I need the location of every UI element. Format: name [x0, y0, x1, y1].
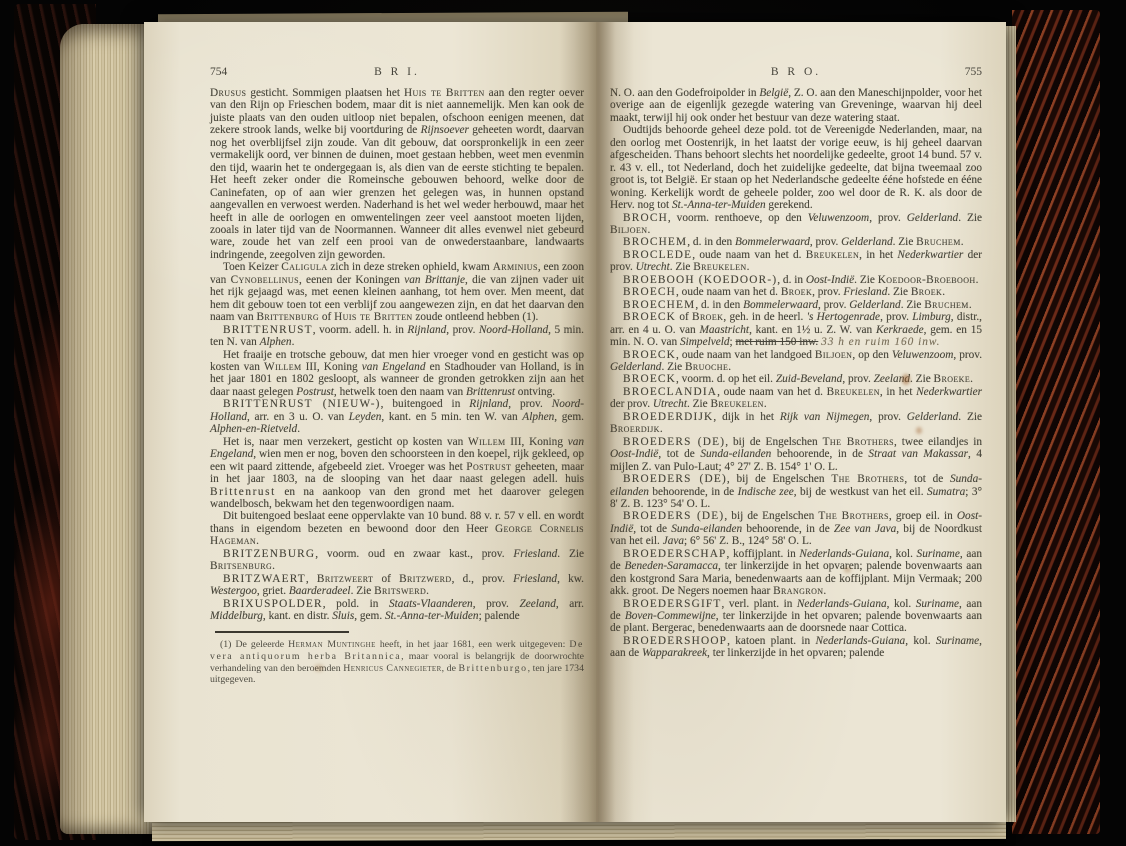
- text-run: ontving.: [515, 386, 555, 398]
- text-run: .: [961, 236, 964, 248]
- text-run: Baarderadeel: [289, 585, 351, 597]
- paragraph-buitengoed-oppervlakte: Dit buitengoed beslaat eene oppervlakte …: [210, 510, 584, 547]
- text-run: , prov.: [818, 299, 849, 311]
- text-run: zoude ontleend hebben (1).: [413, 311, 539, 323]
- text-run: Friesland: [513, 548, 557, 560]
- right-running-head: B R O. 755: [610, 66, 982, 78]
- text-run: Broek: [911, 286, 942, 298]
- text-run: Brittenburg: [256, 311, 319, 323]
- text-run: , prov.: [869, 411, 906, 423]
- left-page-text: Drusus gesticht. Sommigen plaatsen het H…: [210, 87, 584, 622]
- text-run: Het is, naar men verzekert, gesticht op …: [223, 436, 468, 448]
- text-run: of: [676, 311, 692, 323]
- entry-broebooh: BROEBOOH (KOEDOOR-), d. in Oost-Indië. Z…: [610, 274, 982, 286]
- text-run: BRITZWAERT: [223, 573, 306, 585]
- text-run: Gelderland: [907, 411, 958, 423]
- text-run: Boven-Commewijne: [625, 610, 716, 622]
- text-run: . Zie: [557, 548, 584, 560]
- text-run: BROCLEDE: [623, 249, 692, 261]
- text-run: Staats-Vlaanderen: [389, 598, 473, 610]
- text-run: ; 6° 56' Z. B., 124° 58' O. L.: [684, 535, 812, 547]
- text-run: gesticht. Sommigen plaatsen het: [246, 87, 404, 99]
- text-run: , kol.: [905, 635, 936, 647]
- text-run: The Brothers: [831, 473, 904, 485]
- text-run: Friesland: [513, 573, 557, 585]
- text-run: Rijnland: [407, 324, 446, 336]
- text-run: Zuid-Beveland: [776, 373, 843, 385]
- right-page-text: N. O. aan den Godefroipolder in België, …: [610, 87, 982, 660]
- text-run: Utrecht: [653, 398, 687, 410]
- text-run: .: [660, 423, 663, 435]
- text-run: Postrust: [296, 386, 334, 398]
- text-run: Biljoen: [610, 224, 647, 236]
- text-run: BROCH: [623, 212, 668, 224]
- text-run: der prov.: [610, 398, 653, 410]
- text-run: Gelderland: [610, 361, 661, 373]
- text-run: Oost-Indië: [806, 274, 854, 286]
- text-run: Huis te Britten: [334, 311, 412, 323]
- text-run: . Zie: [910, 373, 934, 385]
- text-run: , tot de: [633, 523, 671, 535]
- text-run: .: [942, 286, 945, 298]
- text-run: Britzweert: [317, 573, 373, 585]
- text-run: . Zie: [958, 212, 982, 224]
- text-run: , arr. en 3 u. O. van: [247, 411, 349, 423]
- text-run: , katoen plant. in: [727, 635, 815, 647]
- text-run: Drusus: [210, 87, 246, 99]
- right-cover-marbled: [1012, 10, 1100, 834]
- text-run: . Zie: [661, 361, 685, 373]
- text-run: , dijk in het: [713, 411, 779, 423]
- text-run: BRITTENRUST (NIEUW-): [223, 398, 381, 410]
- text-run: Sunda-eilanden: [671, 523, 742, 535]
- text-run: , twee eilandjes in: [894, 436, 982, 448]
- text-run: BROEBOOH (KOEDOOR-): [623, 274, 777, 286]
- text-run: , prov.: [810, 236, 841, 248]
- text-run: Huis te Britten: [404, 87, 485, 99]
- text-run: Toen Keizer: [223, 261, 281, 273]
- text-run: , eenen der Koningen: [299, 274, 404, 286]
- text-run: behoorende, in de: [649, 486, 738, 498]
- text-run: .: [823, 585, 826, 597]
- text-run: , voorm. oud en zwaar kast., prov.: [315, 548, 513, 560]
- footnote-rule: [215, 631, 349, 633]
- text-run: , kw.: [557, 573, 584, 585]
- text-run: heeft, in het jaar 1681, een werk uitgeg…: [376, 639, 570, 650]
- text-run: BROEDERSHOOP: [623, 635, 727, 647]
- text-run: , prov.: [880, 311, 912, 323]
- text-run: , prov.: [812, 286, 843, 298]
- text-run: Bommelerwaard: [735, 236, 810, 248]
- text-run: , prov.: [508, 398, 552, 410]
- text-run: , oude naam van het d.: [692, 249, 806, 261]
- text-run: Arminius: [493, 261, 538, 273]
- text-run: , prov.: [953, 349, 982, 361]
- text-run: BROEDERS (DE): [623, 473, 727, 485]
- entry-broederschap: BROEDERSCHAP, koffijplant. in Nederlands…: [610, 548, 982, 598]
- entry-broechem: BROECHEM, d. in den Bommelerwaard, prov.…: [610, 299, 982, 311]
- text-run: Broerdijk: [610, 423, 660, 435]
- footnote-1: (1) De geleerde Herman Muntinghe heeft, …: [210, 639, 584, 685]
- text-run: BROECLANDIA: [623, 386, 717, 398]
- text-run: BROEDERS (DE): [623, 436, 725, 448]
- entry-brittenrust-nieuw: BRITTENRUST (NIEUW-), buitengoed in Rijn…: [210, 398, 584, 435]
- text-run: Rijnsoever: [421, 124, 469, 136]
- left-running-head: 754 B R I.: [210, 66, 584, 78]
- text-run: , bij de Engelschen: [724, 510, 818, 522]
- text-run: BRITTENRUST: [223, 324, 313, 336]
- text-run: gerekend.: [766, 199, 813, 211]
- text-run: Alphen-en-Rietveld: [210, 423, 297, 435]
- text-run: , d., prov.: [452, 573, 514, 585]
- text-run: BRIXUSPOLDER: [223, 598, 323, 610]
- text-run: , tot de: [904, 473, 950, 485]
- text-run: Cynobellinus: [231, 274, 299, 286]
- text-run: The Brothers: [823, 436, 894, 448]
- text-run: van Brittanje: [404, 274, 465, 286]
- text-run: , kant. en 1½ u. Z. W. van: [749, 324, 876, 336]
- text-run: , verl. plant. in: [722, 598, 797, 610]
- text-run: BROECK: [623, 349, 676, 361]
- text-run: Bommelerwaard: [743, 299, 818, 311]
- text-run: . Zie: [351, 585, 375, 597]
- text-run: , voorm. adell. h. in: [313, 324, 408, 336]
- text-run: Brittenrust: [210, 486, 276, 498]
- text-run: Nederkwartier: [916, 386, 982, 398]
- text-run: Gelderland: [849, 299, 900, 311]
- text-run: .: [764, 398, 767, 410]
- text-run: , gem.: [354, 610, 385, 622]
- entry-brochem: BROCHEM, d. in den Bommelerwaard, prov. …: [610, 236, 982, 248]
- text-run: , groep eil. in: [889, 510, 957, 522]
- text-run: van Engeland: [362, 361, 426, 373]
- entry-broch: BROCH, voorm. renthoeve, op den Veluwenz…: [610, 212, 982, 237]
- entry-broeck-zeeland: BROECK, voorm. d. op het eil. Zuid-Bevel…: [610, 373, 982, 385]
- text-run: BROEDERS (DE): [623, 510, 724, 522]
- text-run: Breukelen: [693, 261, 746, 273]
- text-run: Broeke: [934, 373, 971, 385]
- text-run: , bij de westkust van het eil.: [794, 486, 927, 498]
- text-run: Noord-Holland: [479, 324, 548, 336]
- text-run: .: [969, 299, 972, 311]
- text-run: Zee van Java: [834, 523, 896, 535]
- text-run: Oost-Indië: [610, 448, 658, 460]
- text-run: .: [256, 535, 259, 547]
- text-run: BROEDERSGIFT: [623, 598, 722, 610]
- entry-broech: BROECH, oude naam van het d. Broek, prov…: [610, 286, 982, 298]
- text-run: . Zie: [893, 236, 917, 248]
- text-run: Broek: [692, 311, 723, 323]
- text-run: Postrust: [466, 461, 511, 473]
- text-run: , gem.: [554, 411, 584, 423]
- text-run: . Zie: [958, 411, 982, 423]
- text-run: BROEDERSCHAP: [623, 548, 727, 560]
- right-page-number: 755: [938, 66, 982, 78]
- text-run: Britzwerd: [399, 573, 451, 585]
- open-book-spread: 754 B R I. Drusus gesticht. Sommigen pla…: [144, 22, 1006, 822]
- text-run: .: [297, 423, 300, 435]
- text-run: Straat van Makassar: [868, 448, 968, 460]
- text-run: , oude naam van het d.: [717, 386, 826, 398]
- text-run: Koedoor-Broebooh: [878, 274, 976, 286]
- text-run: Nederlands-Guiana: [799, 548, 889, 560]
- text-run: Nederkwartier: [897, 249, 963, 261]
- text-run: Gelderland: [841, 236, 892, 248]
- text-run: Nederlands-Guiana: [815, 635, 905, 647]
- photo-background: 754 B R I. Drusus gesticht. Sommigen pla…: [0, 0, 1126, 846]
- paragraph-caligula: Toen Keizer Caligula zich in deze streke…: [210, 261, 584, 323]
- text-run: BROECK: [623, 373, 676, 385]
- text-run: Breukelen: [806, 249, 859, 261]
- entry-britzwaert: BRITZWAERT, Britzweert of Britzwerd, d.,…: [210, 573, 584, 598]
- text-run: , d. in den: [687, 236, 735, 248]
- text-run: Middelburg: [210, 610, 263, 622]
- page-left: 754 B R I. Drusus gesticht. Sommigen pla…: [144, 22, 596, 822]
- text-run: Alphen: [260, 336, 292, 348]
- text-run: Friesland: [843, 286, 887, 298]
- text-run: Zeeland: [519, 598, 555, 610]
- text-run: Sunda-eilanden: [700, 448, 771, 460]
- text-run: . Zie: [887, 286, 911, 298]
- text-run: .: [272, 560, 275, 572]
- text-run: . Zie: [854, 274, 878, 286]
- text-run: , d. in: [777, 274, 806, 286]
- text-run: Willem: [264, 361, 302, 373]
- text-run: , in het: [859, 249, 897, 261]
- entry-broeclandia: BROECLANDIA, oude naam van het d. Breuke…: [610, 386, 982, 411]
- text-run: , arr.: [556, 598, 584, 610]
- text-run: , kant. en distr.: [263, 610, 332, 622]
- text-run: behoorende, in de: [771, 448, 868, 460]
- text-run: , kol.: [887, 598, 916, 610]
- text-run: BROCHEM: [623, 236, 687, 248]
- text-run: .: [728, 361, 731, 373]
- text-run: Kerkraede: [876, 324, 924, 336]
- entry-broedershoop: BROEDERSHOOP, katoen plant. in Nederland…: [610, 635, 982, 660]
- text-run: N. O. aan den Godefroipolder in: [610, 87, 759, 99]
- text-run: .: [647, 224, 650, 236]
- text-run: Gelderland: [907, 212, 958, 224]
- text-run: zich in deze streken ophield, kwam: [328, 261, 493, 273]
- text-run: Rijnland: [469, 398, 508, 410]
- text-run: behoorende, in de: [742, 523, 834, 535]
- text-run: , in het: [880, 386, 916, 398]
- text-run: , buitengoed in: [381, 398, 470, 410]
- text-run: Sluis: [332, 610, 354, 622]
- text-run: Bruchem: [924, 299, 969, 311]
- text-run: , d. in den: [695, 299, 743, 311]
- text-run: België: [759, 87, 788, 99]
- text-run: Britsenburg: [210, 560, 272, 572]
- text-run: III, Koning: [302, 361, 362, 373]
- text-run: ; palende: [479, 610, 520, 622]
- handwritten-annotation: 33 h en ruim 160 inw.: [821, 336, 940, 348]
- entry-broeck-biljoen: BROECK, oude naam van het landgoed Biljo…: [610, 349, 982, 374]
- text-run: Utrecht: [636, 261, 670, 273]
- text-run: , tot de: [658, 448, 700, 460]
- text-run: ,: [306, 573, 317, 585]
- text-run: Veluwenzoom: [808, 212, 870, 224]
- text-run: St.-Anna-ter-Muiden: [672, 199, 766, 211]
- text-run: , bij de Engelschen: [725, 436, 822, 448]
- text-run: .: [976, 274, 979, 286]
- entry-broeders-java: BROEDERS (DE), bij de Engelschen The Bro…: [610, 510, 982, 547]
- text-run: Suriname: [917, 548, 960, 560]
- text-run: , ter linkerzijde in het opvaren; palend…: [707, 647, 884, 659]
- text-run: Willem: [468, 436, 506, 448]
- text-run: . Zie: [901, 299, 925, 311]
- page-right: B R O. 755 N. O. aan den Godefroipolder …: [596, 22, 1006, 822]
- bottom-page-edges: [152, 819, 1006, 841]
- text-run: Zeeland: [874, 373, 910, 385]
- text-run: Sumatra: [927, 486, 965, 498]
- text-run: Wapparakreek: [642, 647, 707, 659]
- text-run: , prov.: [842, 373, 873, 385]
- paragraph-brittenrust-nieuw-detail: Het is, naar men verzekert, gesticht op …: [210, 436, 584, 511]
- text-run: BRITZENBURG: [223, 548, 315, 560]
- text-run: of: [319, 311, 334, 323]
- text-run: Britswerd: [374, 585, 426, 597]
- text-run: , geh. in de heerl.: [723, 311, 806, 323]
- text-run: Beneden-Saramacca: [625, 560, 718, 572]
- entry-broeck-limburg: BROECK of Broek, geh. in de heerl. 's He…: [610, 311, 982, 348]
- text-run: , kol.: [889, 548, 916, 560]
- text-run: .: [426, 585, 429, 597]
- right-running-title: B R O.: [771, 66, 821, 78]
- entry-brixuspolder: BRIXUSPOLDER, pold. in Staats-Vlaanderen…: [210, 598, 584, 623]
- text-run: Rijk van Nijmegen: [780, 411, 870, 423]
- text-run: Biljoen: [815, 349, 852, 361]
- entry-broeders-sumatra: BROEDERS (DE), bij de Engelschen The Bro…: [610, 473, 982, 510]
- text-run: . Zie: [687, 398, 711, 410]
- text-run: , hetwelk toen den naam van: [334, 386, 466, 398]
- entry-brittenrust: BRITTENRUST, voorm. adell. h. in Rijnlan…: [210, 324, 584, 349]
- text-run: , koffijplant. in: [727, 548, 800, 560]
- text-run: St.-Anna-ter-Muiden: [385, 610, 479, 622]
- text-run: , kant. en 5 min. ten W. van: [381, 411, 522, 423]
- text-run: 's Hertogenrade: [807, 311, 880, 323]
- entry-broclede: BROCLEDE, oude naam van het d. Breukelen…: [610, 249, 982, 274]
- text-run: Westergoo: [210, 585, 257, 597]
- text-run: Bruoche: [685, 361, 728, 373]
- entry-broedersgift: BROEDERSGIFT, verl. plant. in Nederlands…: [610, 598, 982, 635]
- text-run: Maastricht: [699, 324, 749, 336]
- text-run: BROECK: [623, 311, 676, 323]
- text-run: .: [292, 336, 295, 348]
- text-run: Henricus Cannegieter: [343, 663, 441, 674]
- text-run: , oude naam van het landgoed: [676, 349, 815, 361]
- text-run: Brangron: [773, 585, 823, 597]
- text-run: Herman Muntinghe: [288, 639, 376, 650]
- text-run: Indische zee: [738, 486, 794, 498]
- text-run: , bij de Engelschen: [727, 473, 831, 485]
- text-run: BROECH: [623, 286, 676, 298]
- paragraph-oudtijds: Oudtijds behoorde geheel deze pold. tot …: [610, 124, 982, 211]
- text-run: Broek: [781, 286, 812, 298]
- paragraph-brittenburg-continuation: Drusus gesticht. Sommigen plaatsen het H…: [210, 87, 584, 261]
- text-run: , voorm. renthoeve, op den: [668, 212, 808, 224]
- struck-text: met ruim 150 inw.: [736, 336, 819, 348]
- text-run: , voorm. d. op het eil.: [676, 373, 776, 385]
- entry-broederdijk: BROEDERDIJK, dijk in het Rijk van Nijmeg…: [610, 411, 982, 436]
- text-run: , prov.: [869, 212, 907, 224]
- text-run: Breukelen: [711, 398, 764, 410]
- text-run: of: [373, 573, 399, 585]
- text-run: BROEDERDIJK: [623, 411, 713, 423]
- text-run: Alphen: [522, 411, 554, 423]
- text-run: Oudtijds behoorde geheel deze pold. tot …: [610, 124, 982, 211]
- footnote: (1) De geleerde Herman Muntinghe heeft, …: [210, 639, 584, 685]
- text-run: , prov.: [473, 598, 520, 610]
- text-run: , prov.: [446, 324, 479, 336]
- text-run: , de: [442, 663, 459, 674]
- text-run: Simpelveld: [680, 336, 730, 348]
- left-running-title: B R I.: [374, 66, 420, 78]
- text-run: Java: [663, 535, 684, 547]
- text-run: Limburg: [912, 311, 951, 323]
- left-page-number: 754: [210, 66, 254, 78]
- text-run: Veluwenzoom: [892, 349, 954, 361]
- text-run: Caligula: [281, 261, 327, 273]
- text-run: The Brothers: [818, 510, 889, 522]
- entry-britzenburg: BRITZENBURG, voorm. oud en zwaar kast., …: [210, 548, 584, 573]
- text-run: , oude naam van het d.: [676, 286, 781, 298]
- text-run: .: [970, 373, 973, 385]
- text-run: , griet.: [257, 585, 289, 597]
- text-run: Bruchem: [916, 236, 961, 248]
- text-run: geheeten wordt, daarvan nog het overblij…: [210, 124, 584, 261]
- text-run: .: [747, 261, 750, 273]
- text-run: Suriname: [916, 598, 959, 610]
- text-run: Breukelen: [827, 386, 880, 398]
- text-run: , op den: [852, 349, 892, 361]
- text-run: , pold. in: [323, 598, 389, 610]
- text-run: BROECHEM: [623, 299, 695, 311]
- text-run: Brittenrust: [466, 386, 515, 398]
- paragraph-brittenrust-detail: Het fraaije en trotsche gebouw, dat men …: [210, 349, 584, 399]
- text-run: . Zie: [670, 261, 694, 273]
- text-run: Brittenburgo: [459, 663, 528, 674]
- text-run: III, Koning: [506, 436, 568, 448]
- paragraph-brixuspolder-continuation: N. O. aan den Godefroipolder in België, …: [610, 87, 982, 124]
- text-run: Leyden: [349, 411, 382, 423]
- text-run: Nederlands-Guiana: [797, 598, 887, 610]
- entry-broeders-makassar: BROEDERS (DE), bij de Engelschen The Bro…: [610, 436, 982, 473]
- text-run: (1) De geleerde: [220, 639, 288, 650]
- text-run: Suriname: [936, 635, 979, 647]
